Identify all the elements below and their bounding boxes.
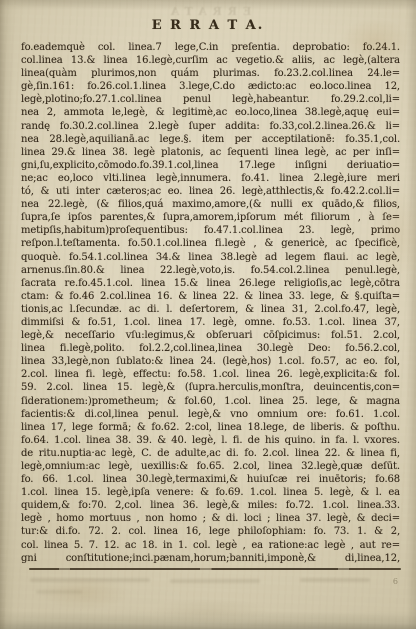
text-line: gni conſtitutione;inci.pænam,horum;banni… bbox=[21, 552, 400, 565]
showthrough-text: ERRATA bbox=[0, 5, 416, 18]
text-line: linea 33,legè,non ſublato:& linea 24. (l… bbox=[21, 355, 400, 368]
text-line: linea(quàm plurimos,non quám plurimas. f… bbox=[21, 67, 400, 80]
text-line: linea 29.& linea 38. legè platonis, ac ſ… bbox=[21, 146, 400, 159]
text-line: ctam: & fo.46 2.col.linea 16. & linea 22… bbox=[21, 290, 400, 303]
text-line: nea 28.legè,aquilianā.ac lege.§. item pe… bbox=[21, 133, 400, 146]
page-heading: E R R A T A. bbox=[0, 18, 416, 33]
showthrough-band bbox=[30, 578, 150, 582]
errata-text-block: fo.eademquè col. linea.7 lege,C.in preſe… bbox=[21, 41, 400, 565]
text-line: 2.col. linea fi. legè, effectu: fo.58. 1… bbox=[21, 368, 400, 381]
text-line: nea 22.legè, (& filios,quá maximo,amore,… bbox=[21, 198, 400, 211]
text-line: randę fo.30.2.col.linea 2.legè ſuper add… bbox=[21, 120, 400, 133]
text-line: nea 2, ammota le,legè, & legitimè,ac eo.… bbox=[21, 106, 400, 119]
text-line: metipſis,habitum)proſequentibus: fo.47.1… bbox=[21, 224, 400, 237]
text-line: quidem,& fo:70. 2,col. linea 36. legè,& … bbox=[21, 499, 400, 512]
text-line: legè,omnium:ac legè, uexillis:& fo.65. 2… bbox=[21, 460, 400, 473]
showthrough-band bbox=[170, 579, 260, 583]
showthrough-band bbox=[36, 590, 82, 594]
text-line: tionis,ac l.ſecundæ. ac di. l. deſertore… bbox=[21, 303, 400, 316]
text-line: dimmiſsi & fo.51, 1.col. linea 17. legè,… bbox=[21, 316, 400, 329]
text-line: legè , homo mortuus , non homo ; & di. l… bbox=[21, 512, 400, 525]
text-line: legè,plotino;fo.27.1.col.linea penul leg… bbox=[21, 93, 400, 106]
text-line: fo.eademquè col. linea.7 lege,C.in preſe… bbox=[21, 41, 400, 54]
text-line: ſacrata re.fo.45.1.col. linea 15.& linea… bbox=[21, 277, 400, 290]
text-line: ne;ac eo,loco vlti.linea legè,innumera. … bbox=[21, 172, 400, 185]
text-line: 59. 2.col. linea 15. legè,& (ſupra.hercu… bbox=[21, 381, 400, 394]
bottom-rule bbox=[29, 568, 401, 570]
text-line: reſpon.l.teſtamenta. fo.50.1.col.linea f… bbox=[21, 237, 400, 250]
text-line: legè,& neceſſario vſu:legimus,& obſeruar… bbox=[21, 329, 400, 342]
text-line: linea fi.legè,polito. fol.2.2,col.linea,… bbox=[21, 342, 400, 355]
text-line: facientis:& di.col,linea penul. legè,& v… bbox=[21, 408, 400, 421]
text-line: gè,ſin.161: fo.26.col.1.linea 3.lege,C.d… bbox=[21, 80, 400, 93]
text-line: 1.col. linea 15. legè,ipſa venere: & fo.… bbox=[21, 486, 400, 499]
showthrough-band bbox=[300, 578, 370, 582]
text-line: linea 17, lege formā; & fo.62. 2:col, li… bbox=[21, 421, 400, 434]
text-line: fo. 66. 1.col. linea 30.legè,termaximi,&… bbox=[21, 473, 400, 486]
showthrough-mark: 6 bbox=[393, 577, 398, 586]
text-line: tó, & uti inter cæteros;ac eo. linea 26.… bbox=[21, 185, 400, 198]
text-line: arnenus.ſin.80.& linea 22.legè,voto,is. … bbox=[21, 264, 400, 277]
text-line: col. linea 5. 7. 12. ac 18. in 1. col. l… bbox=[21, 539, 400, 552]
text-line: quoquè. fo.54.1.col.linea 34.& linea 38.… bbox=[21, 251, 400, 264]
text-line: ſiderationem:)prometheum; & fol.60, 1.co… bbox=[21, 395, 400, 408]
text-line: tur:& di.fo. 72. 2. col. linea 16, lege … bbox=[21, 525, 400, 538]
text-line: de ritu.nuptia·ac legè, C. de adulte,ac … bbox=[21, 447, 400, 460]
text-line: fo.64. 1.col. linea 38. 39. & 40. legè, … bbox=[21, 434, 400, 447]
text-line: gni,ſu,explicito,cōmodo.fo.39.1.col,line… bbox=[21, 159, 400, 172]
paper-stain bbox=[150, 598, 270, 624]
text-line: ſupra,ſe ipſos parentes,& ſupra,amorem,i… bbox=[21, 211, 400, 224]
scanned-page: ERRATA E R R A T A. fo.eademquè col. lin… bbox=[0, 0, 416, 629]
text-line: col.linea 13.& linea 16.legè,curſim ac v… bbox=[21, 54, 400, 67]
